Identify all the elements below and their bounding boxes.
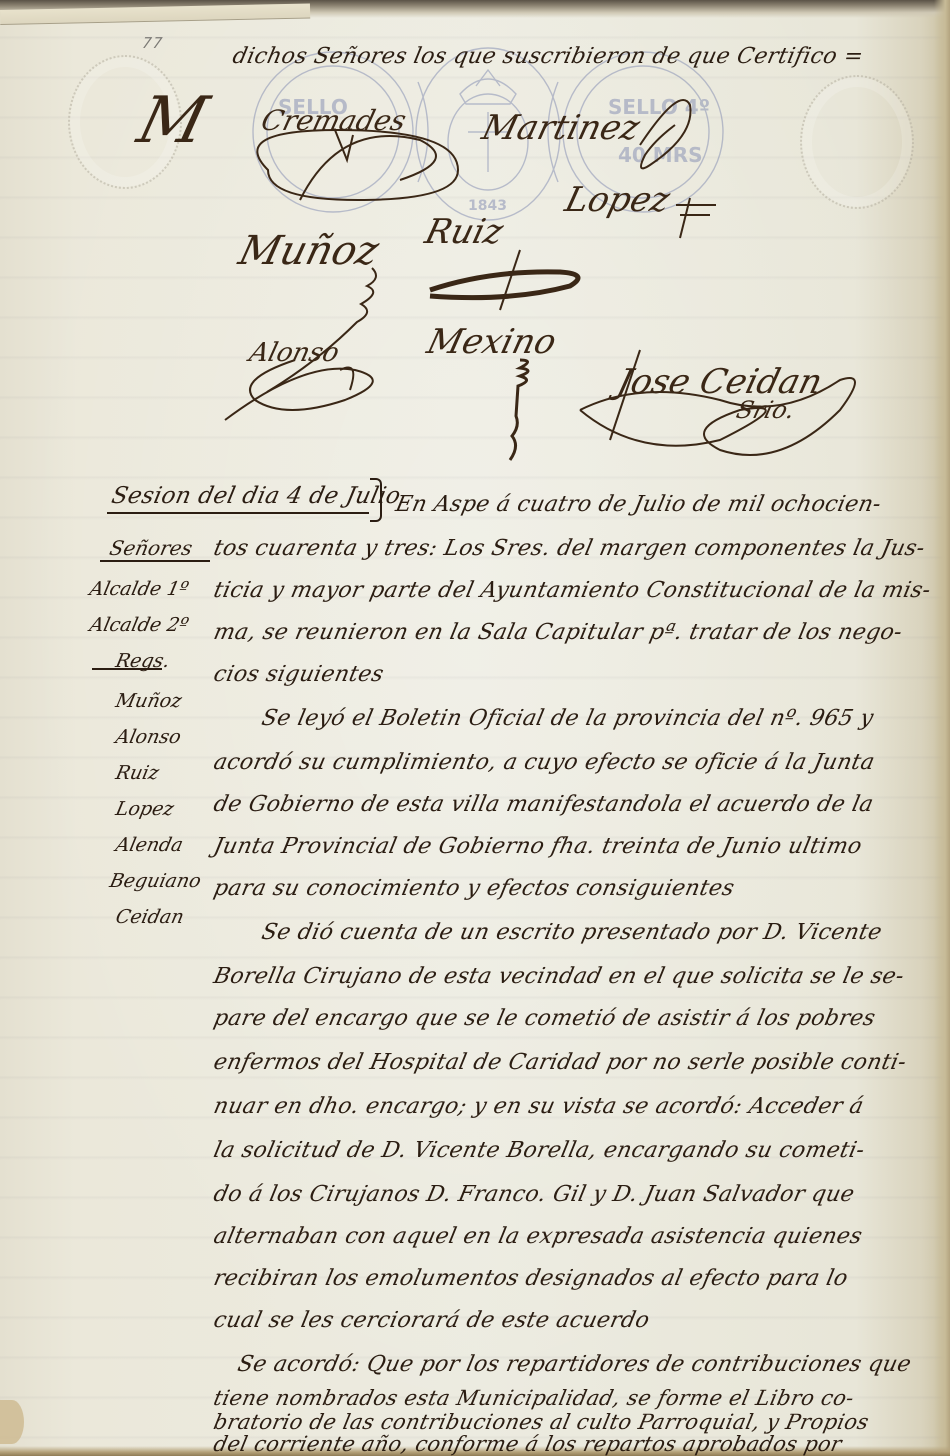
body-line: cual se les cerciorará de este acuerdo xyxy=(211,1308,651,1333)
body-line: pare del encargo que se le cometió de as… xyxy=(211,1006,877,1031)
body-line: Borella Cirujano de esta vecindad en el … xyxy=(211,964,906,989)
body-line: tiene nombrados esta Municipalidad, se f… xyxy=(211,1386,856,1410)
body-line: bratorio de las contribuciones al culto … xyxy=(211,1410,871,1434)
body-line: la solicitud de D. Vicente Borella, enca… xyxy=(211,1138,867,1163)
corner-stain xyxy=(0,1400,24,1444)
body-line: En Aspe á cuatro de Julio de mil ochocie… xyxy=(393,492,883,517)
signature-flourishes xyxy=(0,0,950,470)
margin-member: Beguiano xyxy=(108,870,203,892)
body-line: Junta Provincial de Gobierno fha. treint… xyxy=(211,834,864,859)
margin-member: Alonso xyxy=(114,726,183,748)
margin-header-senores: Señores xyxy=(107,536,194,560)
body-line: Se leyó el Boletin Oficial de la provinc… xyxy=(259,706,875,731)
margin-member: Alcalde 2º xyxy=(88,614,191,636)
body-line: do á los Cirujanos D. Franco. Gil y D. J… xyxy=(211,1182,856,1207)
body-line: de Gobierno de esta villa manifestandola… xyxy=(211,792,875,817)
margin-member: Ceidan xyxy=(114,906,186,928)
body-line: ma, se reunieron en la Sala Capitular pª… xyxy=(211,620,904,645)
margin-member: Alenda xyxy=(114,834,185,856)
body-line: nuar en dho. encargo; y en su vista se a… xyxy=(211,1094,866,1119)
session-heading: Sesion del dia 4 de Julio xyxy=(109,483,403,509)
body-line: alternaban con aquel en la expresada asi… xyxy=(211,1224,864,1249)
margin-member: Lopez xyxy=(114,798,176,820)
body-line: ticia y mayor parte del Ayuntamiento Con… xyxy=(211,578,933,603)
margin-member: Muñoz xyxy=(114,690,184,712)
margin-member: Ruiz xyxy=(114,762,161,784)
body-line: del corriente año, conforme á los repart… xyxy=(211,1432,844,1456)
body-line: acordó su cumplimiento, a cuyo efecto se… xyxy=(211,750,877,775)
body-line: cios siguientes xyxy=(211,662,386,687)
body-line: para su conocimiento y efectos consiguie… xyxy=(211,876,736,901)
heading-underline xyxy=(107,512,369,514)
body-line: Se acordó: Que por los repartidores de c… xyxy=(235,1352,913,1377)
heading-bracket xyxy=(370,478,382,522)
body-line: tos cuarenta y tres: Los Sres. del marge… xyxy=(211,536,927,561)
body-line: Se dió cuenta de un escrito presentado p… xyxy=(259,920,884,945)
body-line: recibiran los emolumentos designados al … xyxy=(211,1266,850,1291)
margin-regs-underline xyxy=(92,668,162,670)
margin-member: Alcalde 1º xyxy=(88,578,191,600)
body-line: enfermos del Hospital de Caridad por no … xyxy=(211,1050,908,1075)
margin-header-underline xyxy=(100,560,210,562)
manuscript-page: 77 SELLO 4º 40 MRS SELLO 1843 dichos Señ… xyxy=(0,0,950,1456)
